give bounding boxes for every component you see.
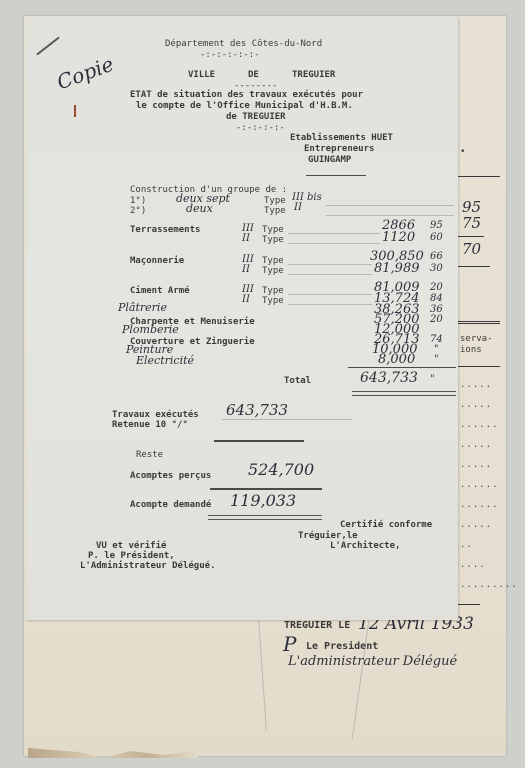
total-cents: " [430,374,435,385]
leader-line [288,304,372,305]
town-name: TREGUIER [292,70,335,80]
construction-item-hand: deux [186,202,213,215]
document-title-line2: le compte de l'Office Municipal d'H.B.M. [136,101,353,111]
divider [210,488,322,490]
certifie-conforme: Certifié conforme [340,520,432,530]
retenue-label: Retenue 10 °/° [112,420,188,430]
town-ville: VILLE [188,70,215,80]
demande-label: Acompte demandé [130,500,211,510]
initial-signature: P [283,632,296,656]
amount-cents: " [434,354,439,365]
town-de: DE [248,70,259,80]
reste-label: Reste [136,450,163,460]
demande-value: 119,033 [230,491,296,510]
department-title: Département des Côtes-du-Nord [165,39,322,49]
copy-annotation: Copie [54,52,117,95]
double-underline [352,391,456,396]
other-work-label: Electricité [136,354,194,367]
leader-line [288,243,380,244]
administrator-handwritten: L'administrateur Délégué [288,654,457,669]
front-sheet: Copie Département des Côtes-du-Nord -:-:… [26,17,458,620]
type-label: Type [262,286,284,296]
dot-leader: ..... [460,380,492,390]
dot-leader: ..... [460,440,492,450]
leader-line [288,274,372,275]
divider [214,440,304,442]
leader-line [288,294,372,295]
dot-leader: .. [460,540,473,550]
amount: 1120 [382,230,415,245]
amount-cents: 20 [430,282,443,293]
type-label: Type [262,225,284,235]
handwritten-cents: 75 [462,214,481,232]
total-amount: 643,733 [360,370,418,386]
type-roman: II [242,233,250,244]
work-label: Terrassements [130,225,200,235]
amount-cents: 95 [430,220,443,231]
dot-leader: ..... [460,400,492,410]
construction-item-number: 1°) [130,196,146,206]
work-label: Ciment Armé [130,286,190,296]
type-label: Type [262,266,284,276]
amount-cents: 60 [430,232,443,243]
dot-leader: ...... [460,420,499,430]
type-label: Type [262,256,284,266]
architect-title: L'Architecte, [330,541,400,551]
type-roman: II [242,294,250,305]
acomptes-label: Acomptes perçus [130,471,211,481]
travaux-label: Travaux exécutés [112,410,199,420]
divider [458,266,490,267]
torn-edge [28,748,198,758]
red-mark [74,105,76,117]
president-title: Le President [306,641,378,652]
divider [458,236,484,237]
divider [458,321,500,322]
type-label: Type [262,296,284,306]
leader-line [288,233,380,234]
total-label: Total [284,376,311,386]
double-underline [208,515,322,520]
acomptes-value: 524,700 [248,460,314,479]
administrator-line: L'Administrateur Délégué. [80,561,215,571]
document-title-line3: de TREGUIER [226,112,286,122]
place-date-typed: TREGUIER LE [284,620,350,631]
dot-leader: ..... [460,460,492,470]
divider [458,323,500,324]
contractor-role: Entrepreneurs [304,144,374,154]
column-header-line1: serva- [460,334,493,344]
divider [458,366,500,367]
construction-type-value: II [294,202,302,213]
construction-type-label: Type [264,206,286,216]
leader-line [288,264,372,265]
leader-line [326,215,454,216]
dot-leader: ..... [460,520,492,530]
amount: 8,000 [378,352,415,367]
amount-cents: 20 [430,314,443,325]
dot-leader: .... [460,560,486,570]
travaux-value: 643,733 [226,401,288,419]
separator: -:-:-:-:-:- [200,50,260,60]
president-line: P. le Président, [88,551,175,561]
type-roman: II [242,264,250,275]
leader-line [222,419,352,420]
column-header-line2: ions [460,345,482,355]
contractor-name: Etablissements HUET [290,133,393,143]
dot-leader: ...... [460,500,499,510]
separator: -:-:-:-:- [236,123,285,133]
dot-leader: ......... [460,580,518,590]
dot-leader: ...... [460,480,499,490]
divider [458,176,500,177]
divider [306,175,366,176]
place-line: Tréguier,le [298,531,358,541]
other-work-label: Plomberie [122,323,179,336]
amount: 81,989 [374,261,420,276]
amount-cents: 66 [430,251,443,262]
divider [458,604,480,605]
vu-et-verifie: VU et vérifié [96,541,166,551]
document-title-line1: ETAT de situation des travaux exécutés p… [130,90,363,100]
work-label: Maçonnerie [130,256,184,266]
amount-cents: 30 [430,263,443,274]
contractor-city: GUINGAMP [308,155,351,165]
pencil-slash-mark [36,37,59,56]
handwritten-cents: 70 [462,240,481,258]
construction-type-label: Type [264,196,286,206]
stray-mark: • [460,147,465,157]
leader-line [326,205,454,206]
sum-line [348,367,456,368]
other-work-label: Plâtrerie [118,301,167,314]
construction-item-number: 2°) [130,206,146,216]
type-label: Type [262,235,284,245]
amount-cents: 84 [430,293,443,304]
